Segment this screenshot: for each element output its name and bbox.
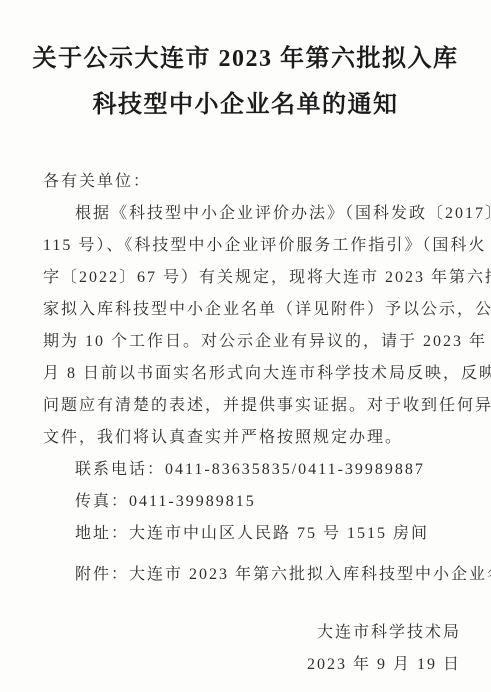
salutation: 各有关单位： bbox=[43, 166, 461, 198]
paragraph-line: 115 号）、《科技型中小企业评价服务工作指引》（国科火 bbox=[43, 230, 461, 262]
paragraph-line: 文件，我们将认真查实并严格按照规定办理。 bbox=[43, 422, 461, 454]
document-page: 关于公示大连市 2023 年第六批拟入库 科技型中小企业名单的通知 各有关单位：… bbox=[0, 0, 491, 692]
paragraph-line: 根据《科技型中小企业评价办法》（国科发政〔2017〕 bbox=[43, 198, 461, 230]
paragraph-line: 家拟入库科技型中小企业名单（详见附件）予以公示，公示 bbox=[43, 294, 461, 326]
document-title-line-2: 科技型中小企业名单的通知 bbox=[0, 82, 491, 128]
contact-phone: 联系电话：0411-83635835/0411-39989887 bbox=[43, 454, 461, 486]
contact-fax: 传真：0411-39989815 bbox=[43, 486, 461, 518]
signature-block: 大连市科学技术局 2023 年 9 月 19 日 bbox=[43, 617, 461, 681]
document-title-line-1: 关于公示大连市 2023 年第六批拟入库 bbox=[0, 36, 491, 82]
paragraph-line: 期为 10 个工作日。对公示企业有异议的，请于 2023 年 10 bbox=[43, 326, 461, 358]
contact-address: 地址：大连市中山区人民路 75 号 1515 房间 bbox=[43, 518, 461, 550]
signature-date: 2023 年 9 月 19 日 bbox=[43, 649, 461, 681]
paragraph-line: 字〔2022〕67 号）有关规定，现将大连市 2023 年第六批 371 bbox=[43, 262, 461, 294]
paragraph-line: 月 8 日前以书面实名形式向大连市科学技术局反映，反映的 bbox=[43, 358, 461, 390]
signature-agency: 大连市科学技术局 bbox=[43, 617, 461, 649]
paragraph-line: 问题应有清楚的表述，并提供事实证据。对于收到任何异议 bbox=[43, 390, 461, 422]
document-title: 关于公示大连市 2023 年第六批拟入库 科技型中小企业名单的通知 bbox=[0, 0, 491, 128]
attachment-note: 附件：大连市 2023 年第六批拟入库科技型中小企业名单 bbox=[43, 559, 461, 591]
document-body: 各有关单位： 根据《科技型中小企业评价办法》（国科发政〔2017〕 115 号）… bbox=[43, 166, 461, 681]
